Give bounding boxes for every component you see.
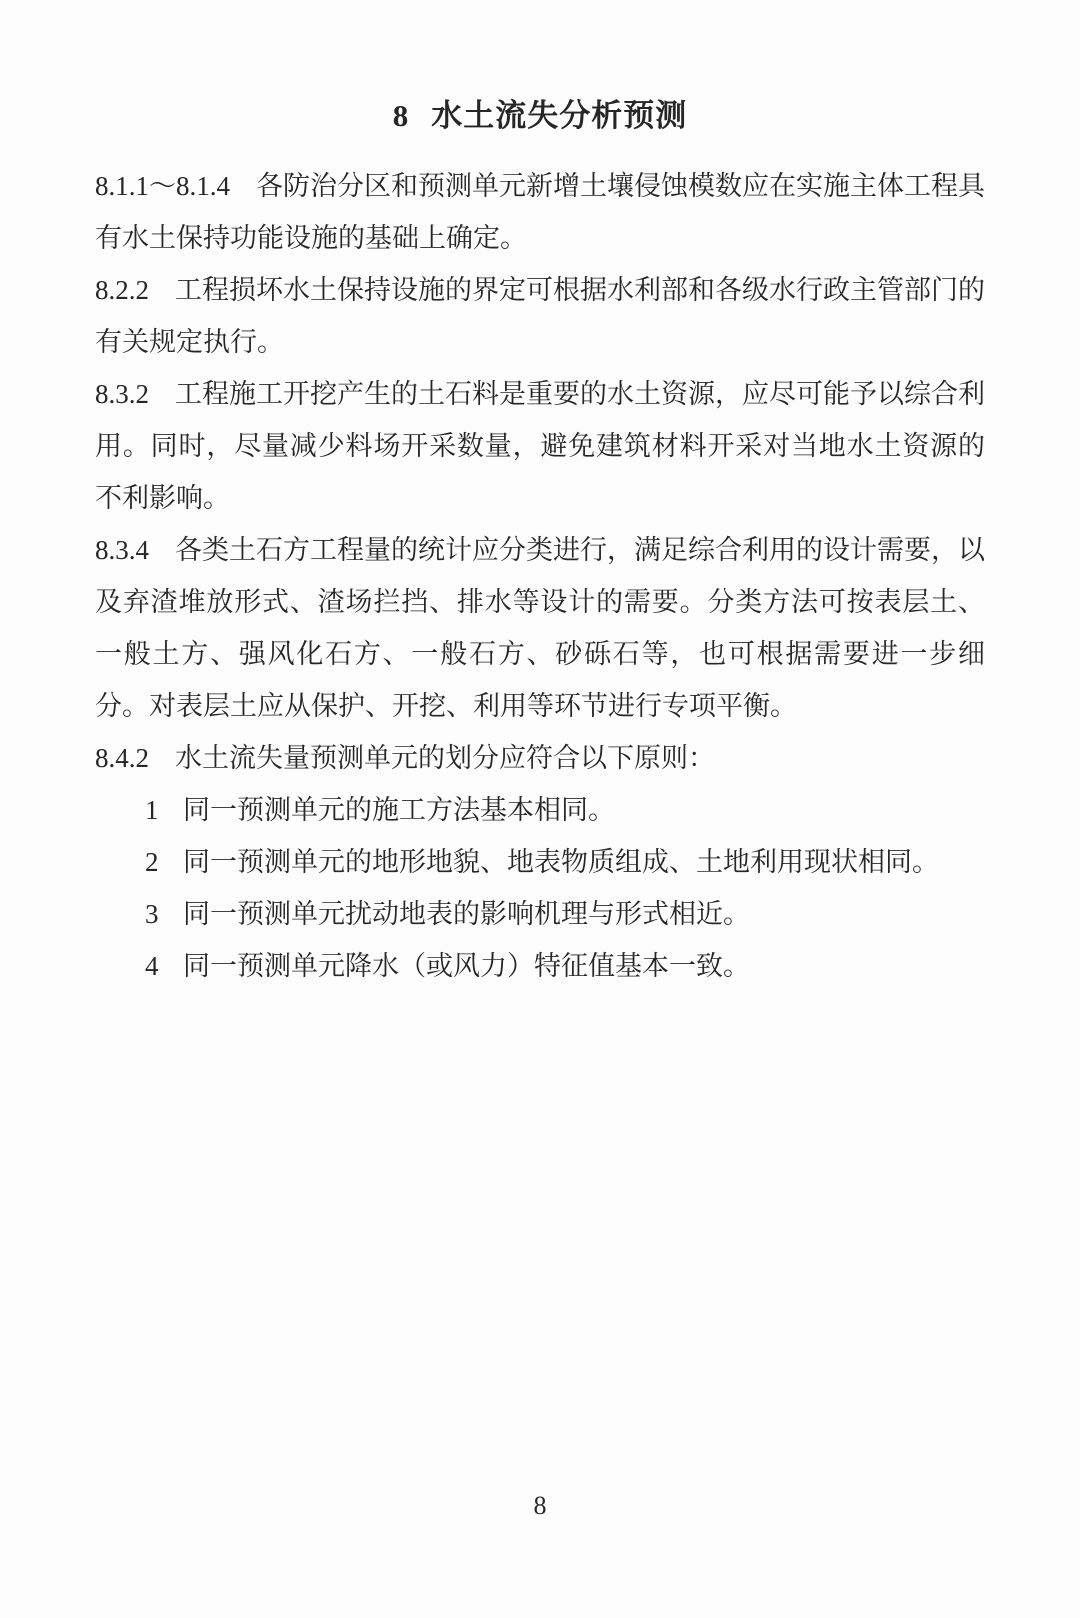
page-number: 8	[0, 1490, 1080, 1522]
list-item-number: 2	[145, 836, 159, 888]
list-item-text: 同一预测单元扰动地表的影响机理与形式相近。	[183, 899, 750, 929]
document-body: 8.1.1～8.1.4各防治分区和预测单元新增土壤侵蚀模数应在实施主体工程具有水…	[95, 160, 985, 992]
clause-number: 8.3.4	[95, 535, 149, 565]
clause-8-3-2: 8.3.2工程施工开挖产生的土石料是重要的水土资源，应尽可能予以综合利用。同时，…	[95, 368, 985, 524]
chapter-number: 8	[393, 98, 410, 133]
clause-text: 工程损坏水土保持设施的界定可根据水利部和各级水行政主管部门的有关规定执行。	[95, 275, 985, 357]
list-item-text: 同一预测单元的施工方法基本相同。	[183, 795, 615, 825]
clause-8-1-1: 8.1.1～8.1.4各防治分区和预测单元新增土壤侵蚀模数应在实施主体工程具有水…	[95, 160, 985, 264]
list-item-3: 3同一预测单元扰动地表的影响机理与形式相近。	[95, 888, 985, 940]
clause-8-4-2: 8.4.2水土流失量预测单元的划分应符合以下原则：	[95, 732, 985, 784]
clause-number: 8.4.2	[95, 743, 149, 773]
chapter-title-text: 水土流失分析预测	[431, 98, 687, 133]
clause-number: 8.2.2	[95, 275, 149, 305]
clause-number: 8.1.1～8.1.4	[95, 171, 230, 201]
chapter-title: 8水土流失分析预测	[95, 94, 985, 138]
clause-8-4-2-list: 1同一预测单元的施工方法基本相同。 2同一预测单元的地形地貌、地表物质组成、土地…	[95, 784, 985, 992]
list-item-number: 3	[145, 888, 159, 940]
clause-8-2-2: 8.2.2工程损坏水土保持设施的界定可根据水利部和各级水行政主管部门的有关规定执…	[95, 264, 985, 368]
clause-text: 各类土石方工程量的统计应分类进行，满足综合利用的设计需要，以及弃渣堆放形式、渣场…	[95, 535, 985, 721]
list-item-2: 2同一预测单元的地形地貌、地表物质组成、土地利用现状相同。	[95, 836, 985, 888]
clause-text: 水土流失量预测单元的划分应符合以下原则：	[175, 743, 715, 773]
clause-8-3-4: 8.3.4各类土石方工程量的统计应分类进行，满足综合利用的设计需要，以及弃渣堆放…	[95, 524, 985, 732]
list-item-1: 1同一预测单元的施工方法基本相同。	[95, 784, 985, 836]
clause-text: 工程施工开挖产生的土石料是重要的水土资源，应尽可能予以综合利用。同时，尽量减少料…	[95, 379, 985, 513]
list-item-text: 同一预测单元降水（或风力）特征值基本一致。	[183, 951, 750, 981]
clause-number: 8.3.2	[95, 379, 149, 409]
list-item-4: 4同一预测单元降水（或风力）特征值基本一致。	[95, 940, 985, 992]
list-item-number: 1	[145, 784, 159, 836]
document-page: 8水土流失分析预测 8.1.1～8.1.4各防治分区和预测单元新增土壤侵蚀模数应…	[0, 0, 1080, 1618]
list-item-text: 同一预测单元的地形地貌、地表物质组成、土地利用现状相同。	[183, 847, 939, 877]
list-item-number: 4	[145, 940, 159, 992]
